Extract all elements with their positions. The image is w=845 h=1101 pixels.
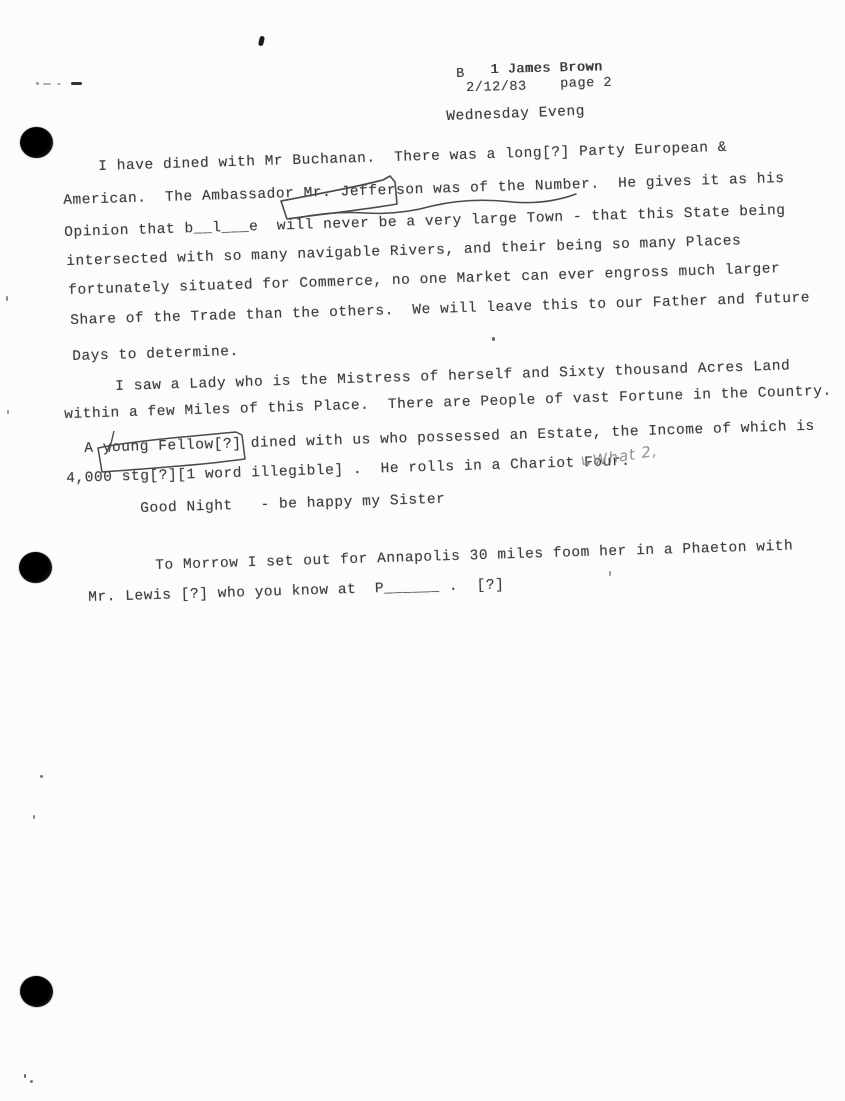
scan-speck	[492, 337, 495, 341]
scan-speck	[57, 83, 61, 85]
dateline: Wednesday Eveng	[446, 103, 585, 126]
typed-line: To Morrow I set out for Annapolis 30 mil…	[155, 538, 794, 575]
scan-speck	[71, 82, 82, 85]
typed-line: American. The Ambassador Mr. Jefferson w…	[63, 170, 785, 210]
typed-line: A young Fellow[?] dined with us who poss…	[84, 418, 815, 458]
typed-line: I have dined with Mr Buchanan. There was…	[98, 139, 727, 176]
scan-speck	[24, 1074, 26, 1078]
scan-speck	[33, 815, 35, 819]
header-mark: B	[456, 66, 465, 84]
hole-punch-mark	[19, 552, 52, 583]
scan-speck	[43, 83, 51, 85]
typed-line: Mr. Lewis [?] who you know at P______ . …	[88, 576, 505, 607]
scan-speck	[7, 410, 9, 414]
scan-speck	[6, 296, 8, 301]
header-page-number: page 2	[560, 75, 612, 94]
hole-punch-mark	[18, 974, 55, 1009]
scanned-letter-page: B 1 James Brown 2/12/83 page 2 Wednesday…	[0, 0, 845, 1101]
scan-speck	[30, 1080, 33, 1083]
typed-line: 4,000 stg[?][1 word illegible] . He roll…	[66, 453, 631, 488]
scan-speck	[609, 571, 611, 576]
hole-punch-mark	[20, 127, 53, 158]
typed-line: Days to determine.	[72, 343, 239, 366]
scan-speck	[36, 82, 39, 85]
header-date: 2/12/83	[466, 79, 527, 98]
ink-speck	[258, 36, 265, 47]
scan-speck	[40, 775, 43, 778]
typed-line-goodnight: Good Night - be happy my Sister	[140, 491, 446, 518]
